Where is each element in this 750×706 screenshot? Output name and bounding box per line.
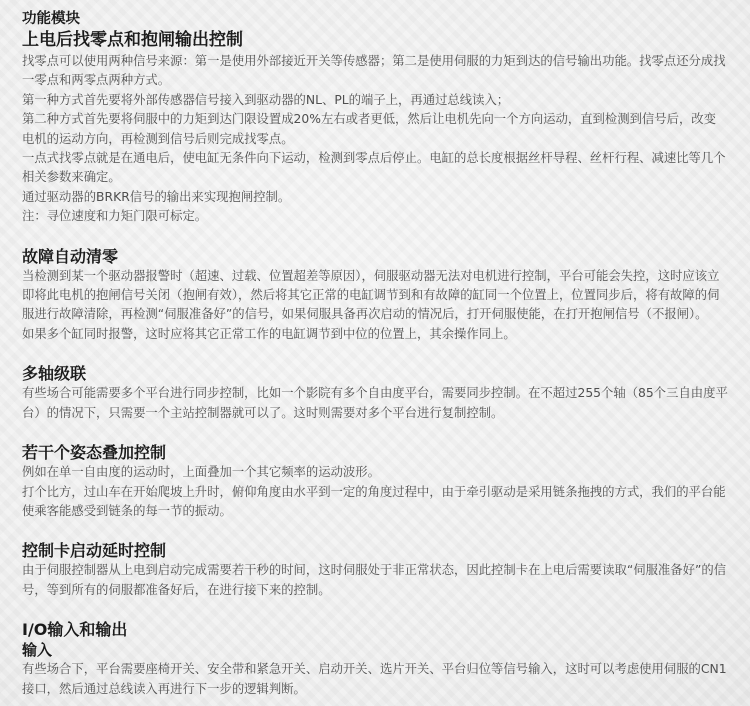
page-title: 功能模块 [22,10,728,29]
section-multi-axis-cascade: 多轴级联 有些场合可能需要多个平台进行同步控制，比如一个影院有多个自由度平台，需… [22,364,728,423]
section-power-on-zero-find-brake-output: 上电后找零点和抱闸输出控制 找零点可以使用两种信号来源：第一是使用外部接近开关等… [22,29,728,227]
section-io-input-output: I/O输入和输出 输入 有些场合下，平台需要座椅开关、安全带和紧急开关、启动开关… [22,620,728,699]
section-body: 例如在单一自由度的运动时，上面叠加一个其它频率的运动波形。 打个比方，过山车在开… [22,463,728,521]
paragraph-note: 注：寻位速度和力矩门限可标定。 [22,207,728,226]
paragraph: 由于伺服控制器从上电到启动完成需要若干秒的时间，这时伺服处于非正常状态，因此控制… [22,561,728,600]
section-posture-superimpose-control: 若干个姿态叠加控制 例如在单一自由度的运动时，上面叠加一个其它频率的运动波形。 … [22,443,728,521]
section-title: 控制卡启动延时控制 [22,541,728,561]
paragraph: 找零点可以使用两种信号来源：第一是使用外部接近开关等传感器；第二是使用伺服的力矩… [22,52,728,91]
subsection-title-input: 输入 [22,640,728,660]
section-title: I/O输入和输出 [22,620,728,640]
section-control-card-startup-delay: 控制卡启动延时控制 由于伺服控制器从上电到启动完成需要若干秒的时间，这时伺服处于… [22,541,728,600]
document-page: 功能模块 上电后找零点和抱闸输出控制 找零点可以使用两种信号来源：第一是使用外部… [0,0,750,706]
paragraph: 第一种方式首先要将外部传感器信号接入到驱动器的NL、PL的端子上，再通过总线读入… [22,91,728,110]
paragraph: 打个比方，过山车在开始爬坡上升时，俯仰角度由水平到一定的角度过程中，由于牵引驱动… [22,483,728,522]
section-title: 上电后找零点和抱闸输出控制 [22,29,728,52]
paragraph: 例如在单一自由度的运动时，上面叠加一个其它频率的运动波形。 [22,463,728,482]
section-body: 有些场合可能需要多个平台进行同步控制，比如一个影院有多个自由度平台，需要同步控制… [22,384,728,423]
section-body: 找零点可以使用两种信号来源：第一是使用外部接近开关等传感器；第二是使用伺服的力矩… [22,52,728,227]
section-body: 有些场合下，平台需要座椅开关、安全带和紧急开关、启动开关、选片开关、平台归位等信… [22,660,728,699]
paragraph: 通过驱动器的BRKR信号的输出来实现抱闸控制。 [22,188,728,207]
section-title: 故障自动清零 [22,247,728,267]
paragraph: 如果多个缸同时报警，这时应将其它正常工作的电缸调节到中位的位置上，其余操作同上。 [22,325,728,344]
paragraph: 第二种方式首先要将伺服中的力矩到达门限设置成20%左右或者更低，然后让电机先向一… [22,110,728,149]
paragraph: 有些场合可能需要多个平台进行同步控制，比如一个影院有多个自由度平台，需要同步控制… [22,384,728,423]
section-title: 多轴级联 [22,364,728,384]
paragraph: 有些场合下，平台需要座椅开关、安全带和紧急开关、启动开关、选片开关、平台归位等信… [22,660,728,699]
section-body: 当检测到某一个驱动器报警时（超速、过载、位置超差等原因），伺服驱动器无法对电机进… [22,267,728,345]
section-title: 若干个姿态叠加控制 [22,443,728,463]
paragraph: 当检测到某一个驱动器报警时（超速、过载、位置超差等原因），伺服驱动器无法对电机进… [22,267,728,325]
paragraph: 一点式找零点就是在通电后，使电缸无条件向下运动，检测到零点后停止。电缸的总长度根… [22,149,728,188]
section-body: 由于伺服控制器从上电到启动完成需要若干秒的时间，这时伺服处于非正常状态，因此控制… [22,561,728,600]
section-fault-auto-clear: 故障自动清零 当检测到某一个驱动器报警时（超速、过载、位置超差等原因），伺服驱动… [22,247,728,345]
